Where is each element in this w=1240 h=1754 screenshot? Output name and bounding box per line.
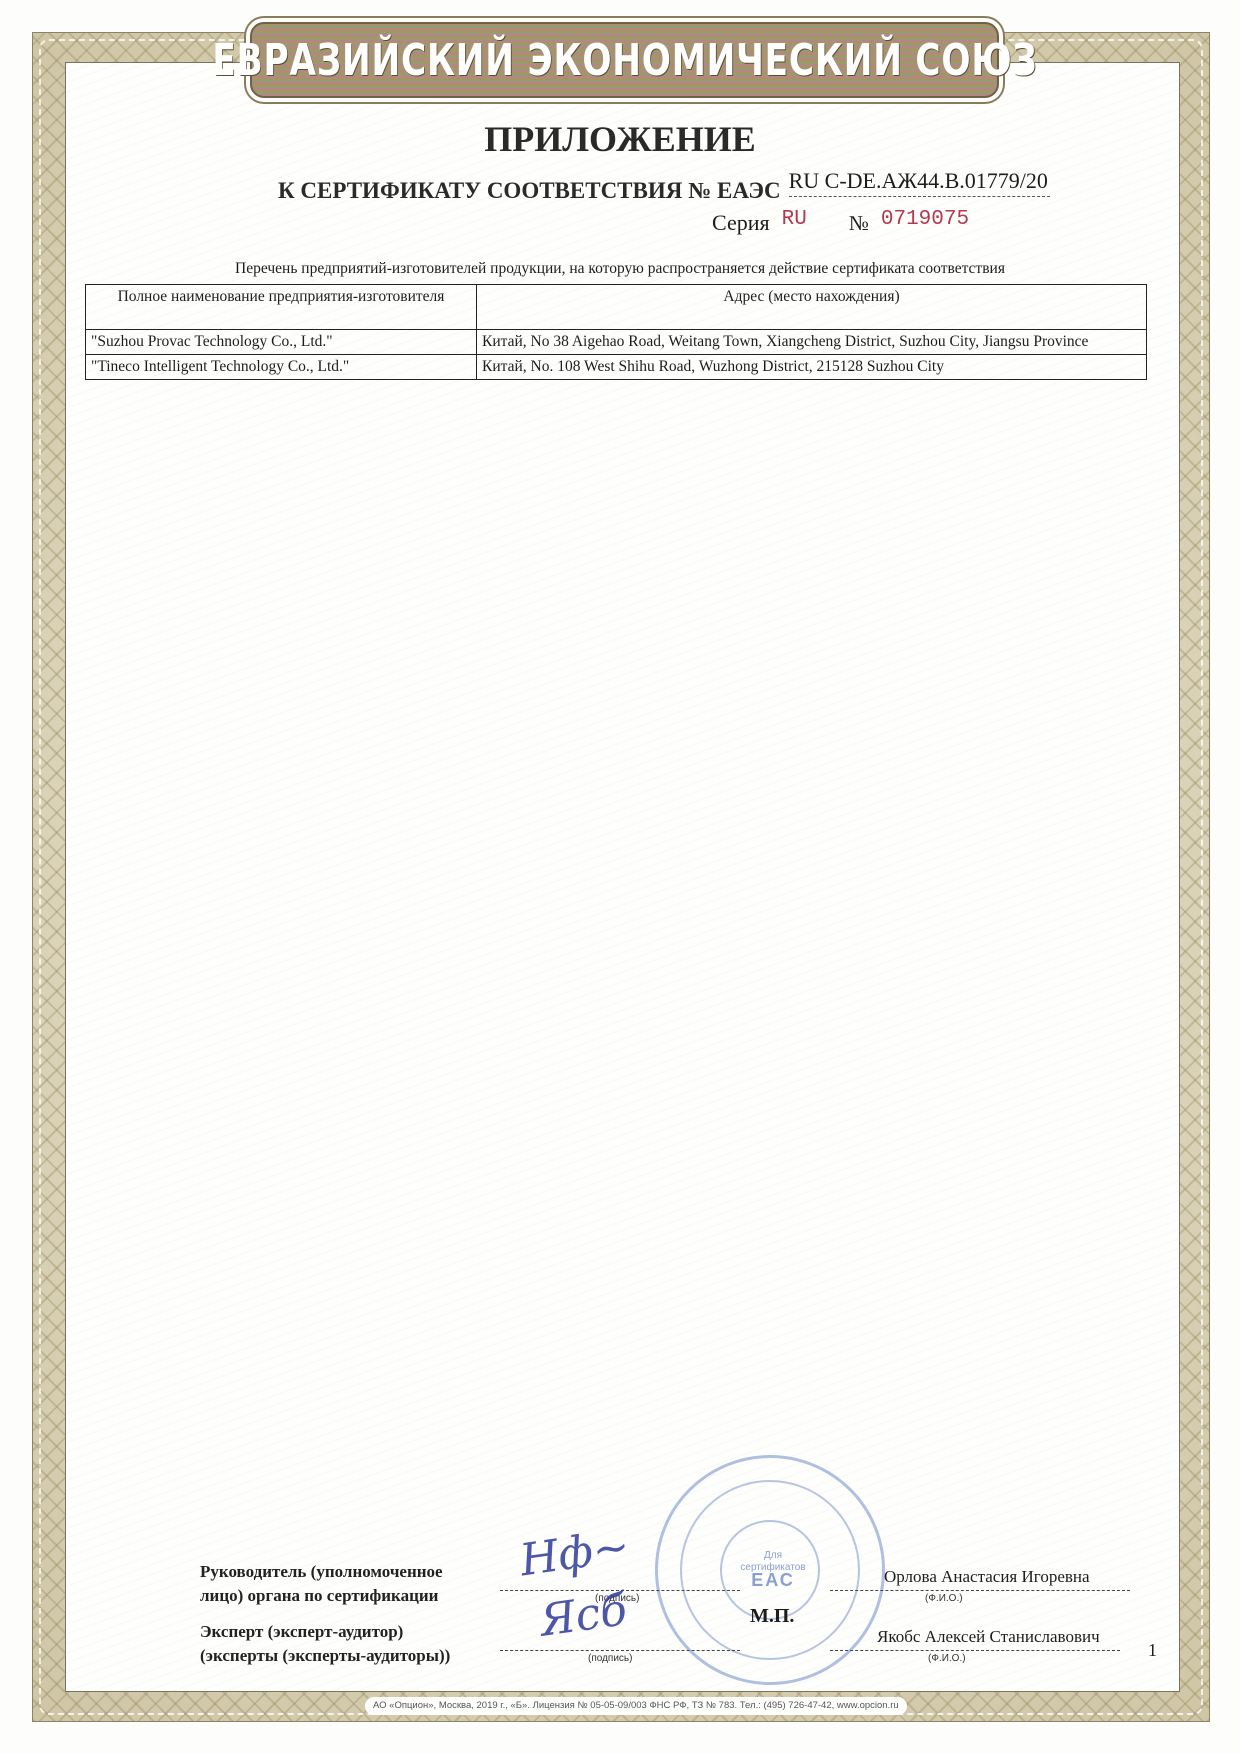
manufacturer-name: "Suzhou Provac Technology Co., Ltd."	[86, 330, 477, 355]
head-fio-caption: (Ф.И.О.)	[925, 1593, 963, 1604]
expert-name: Якобс Алексей Станиславович	[877, 1627, 1100, 1647]
seal-label: М.П.	[750, 1605, 794, 1628]
head-name: Орлова Анастасия Игоревна	[884, 1567, 1090, 1587]
eac-mark-icon: ЕАС	[658, 1574, 888, 1586]
column-header-address: Адрес (место нахождения)	[477, 285, 1147, 330]
number-label: №	[849, 211, 869, 235]
stamp-line-1: Для	[658, 1550, 888, 1562]
column-header-name: Полное наименование предприятия-изготови…	[86, 285, 477, 330]
expert-fio-line	[830, 1650, 1120, 1651]
head-fio-line	[830, 1590, 1130, 1591]
certificate-label: К СЕРТИФИКАТУ СООТВЕТСТВИЯ № ЕАЭС	[278, 178, 781, 203]
series-number: 0719075	[881, 208, 969, 231]
printer-imprint: АО «Опцион», Москва, 2019 г., «Б». Лицен…	[365, 1697, 907, 1715]
manufacturer-address: Китай, No 38 Aigehao Road, Weitang Town,…	[477, 330, 1147, 355]
expert-fio-caption: (Ф.И.О.)	[928, 1653, 966, 1664]
manufacturers-table: Полное наименование предприятия-изготови…	[85, 284, 1147, 380]
expert-signature-line	[500, 1650, 740, 1651]
certificate-number: RU С-DE.АЖ44.В.01779/20	[789, 168, 1050, 197]
series-label: Серия	[712, 210, 770, 235]
banner-text: ЕВРАЗИЙСКИЙ ЭКОНОМИЧЕСКИЙ СОЮЗ	[212, 35, 1037, 86]
expert-label-line-2: (эксперты (эксперты-аудиторы))	[200, 1644, 450, 1668]
table-header-row: Полное наименование предприятия-изготови…	[86, 285, 1147, 330]
head-label-line-1: Руководитель (уполномоченное	[200, 1560, 450, 1584]
manufacturer-address: Китай, No. 108 West Shihu Road, Wuzhong …	[477, 355, 1147, 380]
manufacturer-name: "Tineco Intelligent Technology Co., Ltd.…	[86, 355, 477, 380]
table-row: "Tineco Intelligent Technology Co., Ltd.…	[86, 355, 1147, 380]
series-line: Серия RU № 0719075	[712, 210, 969, 237]
expert-label-line-1: Эксперт (эксперт-аудитор)	[200, 1620, 450, 1644]
manufacturers-caption: Перечень предприятий-изготовителей проду…	[0, 260, 1240, 278]
table-row: "Suzhou Provac Technology Co., Ltd." Кит…	[86, 330, 1147, 355]
stamp-text: Для сертификатов ЕАС	[658, 1550, 888, 1586]
signature-labels: Руководитель (уполномоченное лицо) орган…	[200, 1560, 450, 1668]
certificate-line: К СЕРТИФИКАТУ СООТВЕТСТВИЯ № ЕАЭС RU С-D…	[278, 178, 1050, 207]
page-number: 1	[1148, 1640, 1157, 1661]
series-code: RU	[782, 208, 807, 231]
head-label-line-2: лицо) органа по сертификации	[200, 1584, 450, 1608]
document-title: ПРИЛОЖЕНИЕ	[0, 118, 1240, 160]
expert-signature-caption: (подпись)	[588, 1653, 632, 1664]
eaeu-banner: ЕВРАЗИЙСКИЙ ЭКОНОМИЧЕСКИЙ СОЮЗ	[250, 22, 999, 98]
stamp-line-2: сертификатов	[658, 1562, 888, 1574]
